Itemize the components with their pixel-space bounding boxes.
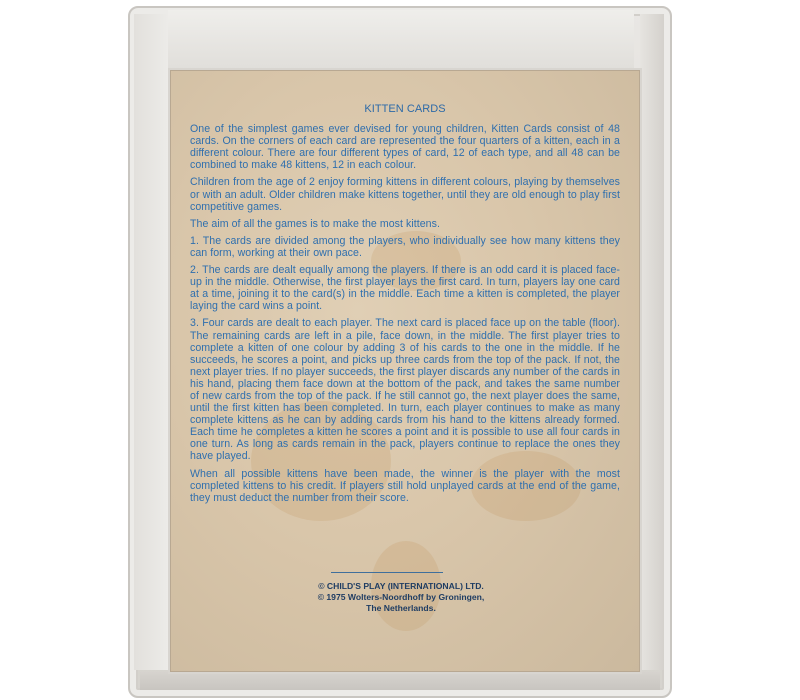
instruction-card: KITTEN CARDS One of the simplest games e…: [170, 70, 640, 672]
rule-3-paragraph: 3. Four cards are dealt to each player. …: [190, 317, 620, 462]
aim-paragraph: The aim of all the games is to make the …: [190, 218, 620, 230]
copyright-footer: © CHILD'S PLAY (INTERNATIONAL) LTD. © 19…: [171, 581, 639, 614]
divider-line: [331, 572, 443, 573]
rule-2-paragraph: 2. The cards are dealt equally among the…: [190, 264, 620, 312]
age-paragraph: Children from the age of 2 enjoy forming…: [190, 176, 620, 212]
case-rim-top: [168, 10, 634, 70]
case-rim-left: [134, 14, 168, 670]
copyright-line-1: © CHILD'S PLAY (INTERNATIONAL) LTD.: [163, 581, 639, 592]
rules-text: KITTEN CARDS One of the simplest games e…: [190, 103, 620, 509]
rule-1-paragraph: 1. The cards are divided among the playe…: [190, 235, 620, 259]
case-rim-bottom: [140, 672, 660, 690]
winner-paragraph: When all possible kittens have been made…: [190, 468, 620, 504]
copyright-line-3: The Netherlands.: [163, 603, 639, 614]
copyright-line-2: © 1975 Wolters-Noordhoff by Groningen,: [163, 592, 639, 603]
card-title: KITTEN CARDS: [190, 103, 620, 115]
intro-paragraph: One of the simplest games ever devised f…: [190, 123, 620, 171]
case-rim-right: [640, 14, 664, 670]
